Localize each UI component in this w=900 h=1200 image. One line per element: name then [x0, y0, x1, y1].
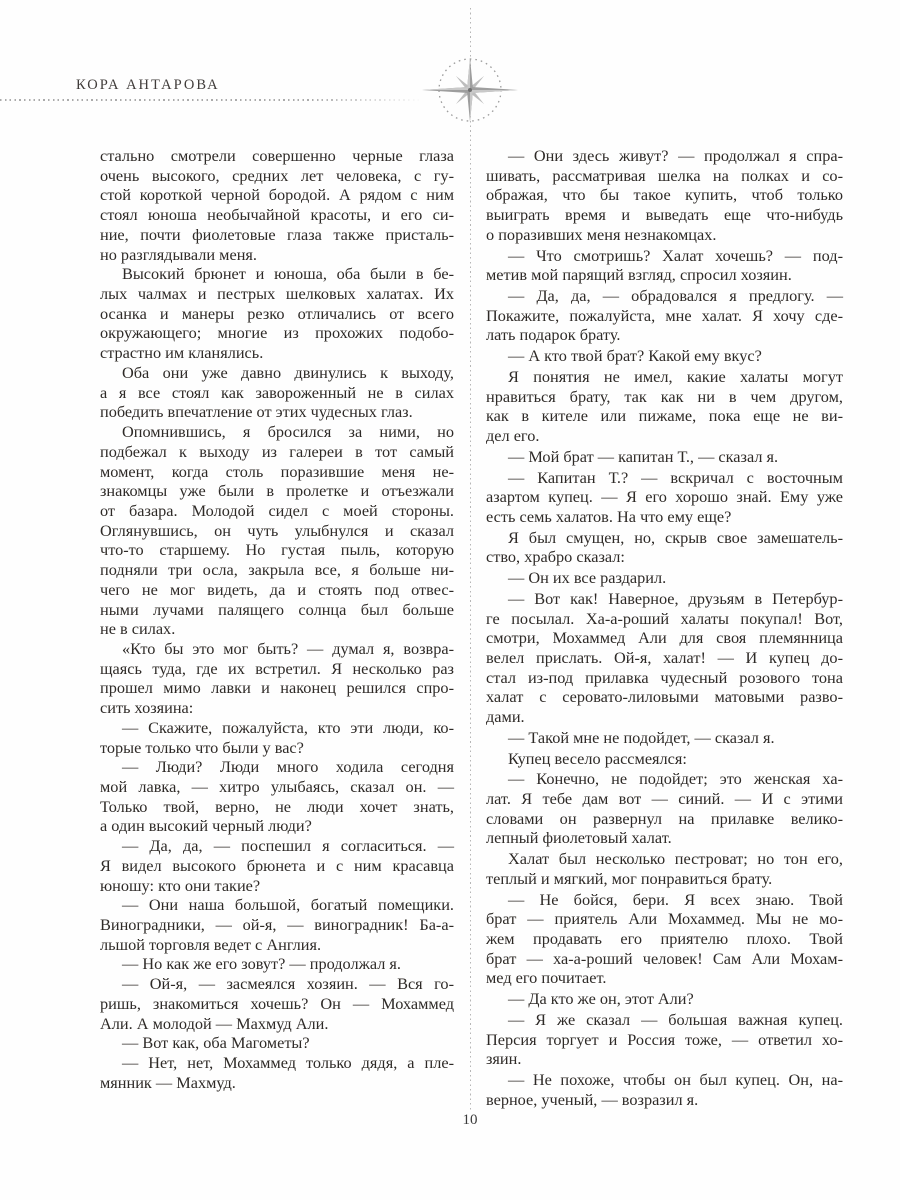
text-line: Купец весело рассмеялся:: [486, 749, 843, 769]
text-line: — Конечно, не подойдет; это женская ха-: [486, 769, 843, 789]
paragraph: стально смотрели совершенно черные глаза…: [100, 146, 454, 264]
text-line: Виноградники, — ой-я, — виноградник! Ба-…: [100, 915, 454, 935]
text-line: подбежал к выходу из галереи в тот самый: [100, 442, 454, 462]
paragraph: Я понятия не имел, какие халаты могутнра…: [486, 367, 843, 446]
text-line: дел его.: [486, 426, 843, 446]
paragraph: — Капитан Т.? — вскричал с восточнымазар…: [486, 468, 843, 527]
text-line: стал из-под прилавка чудесный розового т…: [486, 668, 843, 688]
text-line: а один высокий черный люди?: [100, 816, 454, 836]
text-line: — Они наша большой, богатый помещики.: [100, 895, 454, 915]
text-line: что-то старшему. Но густая пыль, которую: [100, 540, 454, 560]
text-line: очень высокого, средних лет человека, с …: [100, 166, 454, 186]
text-line: азартом купец. — Я его хорошо знай. Ему …: [486, 487, 843, 507]
column-divider-dotted-line: [470, 8, 472, 1110]
text-line: ными лучами палящего солнца был больше: [100, 600, 454, 620]
paragraph: — А кто твой брат? Какой ему вкус?: [486, 346, 843, 366]
text-line: — Он их все раздарил.: [486, 568, 843, 588]
text-line: Я понятия не имел, какие халаты могут: [486, 367, 843, 387]
paragraph: — Он их все раздарил.: [486, 568, 843, 588]
paragraph: — Да, да, — поспешил я согласиться. —Я в…: [100, 836, 454, 895]
paragraph: — Я же сказал — большая важная купец.Пер…: [486, 1010, 843, 1069]
paragraph: — Люди? Люди много ходила сегоднямой лав…: [100, 757, 454, 836]
text-line: смотри, Мохаммед Али для своя племянница: [486, 628, 843, 648]
text-line: Я был смущен, но, скрыв свое замешатель-: [486, 528, 843, 548]
text-line: стой короткой черной бородой. А рядом с …: [100, 185, 454, 205]
text-line: льшой торговля ведет с Англия.: [100, 935, 454, 955]
text-line: — Я же сказал — большая важная купец.: [486, 1010, 843, 1030]
text-line: мой лавка, — хитро улыбаясь, сказал он. …: [100, 777, 454, 797]
paragraph: — Мой брат — капитан Т., — сказал я.: [486, 447, 843, 467]
text-line: верное, ученый, — возразил я.: [486, 1090, 843, 1110]
text-line: — Вот как, оба Магометы?: [100, 1033, 454, 1053]
text-line: стоял юноша необычайной красоты, и его с…: [100, 205, 454, 225]
text-line: метив мой парящий взгляд, спросил хозяин…: [486, 265, 843, 285]
paragraph: «Кто бы это мог быть? — думал я, возвра-…: [100, 639, 454, 718]
text-line: лепный фиолетовый халат.: [486, 828, 843, 848]
text-line: Оба они уже давно двинулись к выходу,: [100, 363, 454, 383]
text-line: шивать, рассматривая шелка на полках и с…: [486, 166, 843, 186]
text-line: мянник — Махмуд.: [100, 1073, 454, 1093]
paragraph: — Такой мне не подойдет, — сказал я.: [486, 728, 843, 748]
text-line: лых чалмах и пестрых шелковых халатах. И…: [100, 284, 454, 304]
header-dotted-rule: [0, 99, 432, 101]
text-line: сить хозяина:: [100, 698, 454, 718]
text-line: Али. А молодой — Махмуд Али.: [100, 1014, 454, 1034]
paragraph: Халат был несколько пестроват; но тон ег…: [486, 849, 843, 888]
text-line: есть семь халатов. На что ему еще?: [486, 507, 843, 527]
text-line: юношу: кто они такие?: [100, 876, 454, 896]
text-line: ображая, что бы такое купить, чтоб тольк…: [486, 185, 843, 205]
text-line: момент, когда столь поразившие меня не-: [100, 462, 454, 482]
text-line: брат — приятель Али Мохаммед. Мы не мо-: [486, 909, 843, 929]
text-line: — Вот как! Наверное, друзьям в Петербур-: [486, 589, 843, 609]
text-line: — Да, да, — поспешил я согласиться. —: [100, 836, 454, 856]
paragraph: Оба они уже давно двинулись к выходу,а я…: [100, 363, 454, 422]
paragraph: — Нет, нет, Мохаммед только дядя, а пле-…: [100, 1053, 454, 1092]
text-line: Оглянувшись, он чуть улыбнулся и сказал: [100, 521, 454, 541]
text-line: — Они здесь живут? — продолжал я спра-: [486, 146, 843, 166]
text-line: — Такой мне не подойдет, — сказал я.: [486, 728, 843, 748]
text-line: выиграть время и выведать еще что-нибудь: [486, 205, 843, 225]
paragraph: — Они наша большой, богатый помещики.Вин…: [100, 895, 454, 954]
text-line: словами он развернул на прилавке велико-: [486, 809, 843, 829]
compass-rose-icon: [410, 30, 530, 150]
paragraph: — Что смотришь? Халат хочешь? — под-мети…: [486, 246, 843, 285]
text-line: нравиться брату, так как ни в чем другом…: [486, 387, 843, 407]
left-text-column: стально смотрели совершенно черные глаза…: [100, 146, 454, 1093]
text-line: «Кто бы это мог быть? — думал я, возвра-: [100, 639, 454, 659]
paragraph: — Но как же его зовут? — продолжал я.: [100, 954, 454, 974]
text-line: стально смотрели совершенно черные глаза: [100, 146, 454, 166]
text-line: лат. Я тебе дам вот — синий. — И с этими: [486, 789, 843, 809]
text-line: — Что смотришь? Халат хочешь? — под-: [486, 246, 843, 266]
text-line: осанка и манеры резко отличались от всег…: [100, 304, 454, 324]
text-line: а я все стоял как завороженный не в сила…: [100, 383, 454, 403]
text-line: — Да, да, — обрадовался я предлогу. —: [486, 286, 843, 306]
text-line: — Мой брат — капитан Т., — сказал я.: [486, 447, 843, 467]
paragraph: Купец весело рассмеялся:: [486, 749, 843, 769]
text-line: Халат был несколько пестроват; но тон ег…: [486, 849, 843, 869]
page-number: 10: [360, 1112, 580, 1129]
text-line: но разглядывали меня.: [100, 245, 454, 265]
book-page: КОРА АНТАРОВА стально смотрели совершенн…: [0, 0, 900, 1200]
text-line: Покажите, пожалуйста, мне халат. Я хочу …: [486, 306, 843, 326]
text-line: Я видел высокого брюнета и с ним красавц…: [100, 856, 454, 876]
text-line: ние, почти фиолетовые глаза также приста…: [100, 225, 454, 245]
text-line: — Капитан Т.? — вскричал с восточным: [486, 468, 843, 488]
paragraph: Высокий брюнет и юноша, оба были в бе-лы…: [100, 264, 454, 363]
text-line: от базара. Молодой сидел с моей стороны.: [100, 501, 454, 521]
text-line: — Люди? Люди много ходила сегодня: [100, 757, 454, 777]
text-line: как в кителе или пижаме, пока еще не ви-: [486, 406, 843, 426]
text-line: зяин.: [486, 1049, 843, 1069]
text-line: не в силах.: [100, 619, 454, 639]
text-line: щаясь туда, где их встретил. Я несколько…: [100, 659, 454, 679]
text-line: — Не бойся, бери. Я всех знаю. Твой: [486, 890, 843, 910]
page-header-author: КОРА АНТАРОВА: [76, 77, 220, 94]
text-line: прошел мимо лавки и наконец решился спро…: [100, 678, 454, 698]
paragraph: — Скажите, пожалуйста, кто эти люди, ко-…: [100, 718, 454, 757]
text-line: о поразивших меня незнакомцах.: [486, 225, 843, 245]
text-line: халат с серовато-лиловыми матовыми разво…: [486, 687, 843, 707]
text-line: ришь, знакомиться хочешь? Он — Мохаммед: [100, 994, 454, 1014]
text-line: победить впечатление от этих чудесных гл…: [100, 402, 454, 422]
text-line: — Ой-я, — засмеялся хозяин. — Вся го-: [100, 974, 454, 994]
text-line: — Не похоже, чтобы он был купец. Он, на-: [486, 1070, 843, 1090]
paragraph: — Да, да, — обрадовался я предлогу. —Пок…: [486, 286, 843, 345]
text-line: — Скажите, пожалуйста, кто эти люди, ко-: [100, 718, 454, 738]
text-line: подняли три осла, закрыла все, я больше …: [100, 560, 454, 580]
paragraph: — Не похоже, чтобы он был купец. Он, на-…: [486, 1070, 843, 1109]
text-line: окружающего; многие из прохожих подобо-: [100, 323, 454, 343]
right-text-column: — Они здесь живут? — продолжал я спра-ши…: [486, 146, 843, 1111]
text-line: велел прислать. Ой-я, халат! — И купец д…: [486, 648, 843, 668]
text-line: страстно им кланялись.: [100, 343, 454, 363]
text-line: Персия торгует и Россия тоже, — ответил …: [486, 1030, 843, 1050]
paragraph: — Вот как, оба Магометы?: [100, 1033, 454, 1053]
paragraph: — Ой-я, — засмеялся хозяин. — Вся го-риш…: [100, 974, 454, 1033]
text-line: знакомцы уже были в пролетке и отъезжали: [100, 481, 454, 501]
text-line: жем продавать его приятелю плохо. Твой: [486, 929, 843, 949]
text-line: — Нет, нет, Мохаммед только дядя, а пле-: [100, 1053, 454, 1073]
paragraph: Опомнившись, я бросился за ними, ноподбе…: [100, 422, 454, 639]
paragraph: — Они здесь живут? — продолжал я спра-ши…: [486, 146, 843, 245]
text-line: Высокий брюнет и юноша, оба были в бе-: [100, 264, 454, 284]
paragraph: Я был смущен, но, скрыв свое замешатель-…: [486, 528, 843, 567]
text-line: — Да кто же он, этот Али?: [486, 989, 843, 1009]
text-line: лать подарок брату.: [486, 325, 843, 345]
text-line: Опомнившись, я бросился за ними, но: [100, 422, 454, 442]
paragraph: — Не бойся, бери. Я всех знаю. Твойбрат …: [486, 890, 843, 989]
text-line: чего не мог видеть, да и стоять под отве…: [100, 580, 454, 600]
text-line: Только твой, верно, не люди хочет знать,: [100, 797, 454, 817]
paragraph: — Вот как! Наверное, друзьям в Петербур-…: [486, 589, 843, 727]
text-line: мед его почитает.: [486, 968, 843, 988]
text-line: — А кто твой брат? Какой ему вкус?: [486, 346, 843, 366]
text-line: ство, храбро сказал:: [486, 547, 843, 567]
paragraph: — Конечно, не подойдет; это женская ха-л…: [486, 769, 843, 848]
text-line: торые только что были у вас?: [100, 738, 454, 758]
text-line: ге посылал. Ха-а-роший халаты покупал! В…: [486, 609, 843, 629]
text-line: брат — ха-а-роший человек! Сам Али Мохам…: [486, 949, 843, 969]
text-line: теплый и мягкий, мог понравиться брату.: [486, 869, 843, 889]
paragraph: — Да кто же он, этот Али?: [486, 989, 843, 1009]
text-line: дами.: [486, 707, 843, 727]
text-line: — Но как же его зовут? — продолжал я.: [100, 954, 454, 974]
